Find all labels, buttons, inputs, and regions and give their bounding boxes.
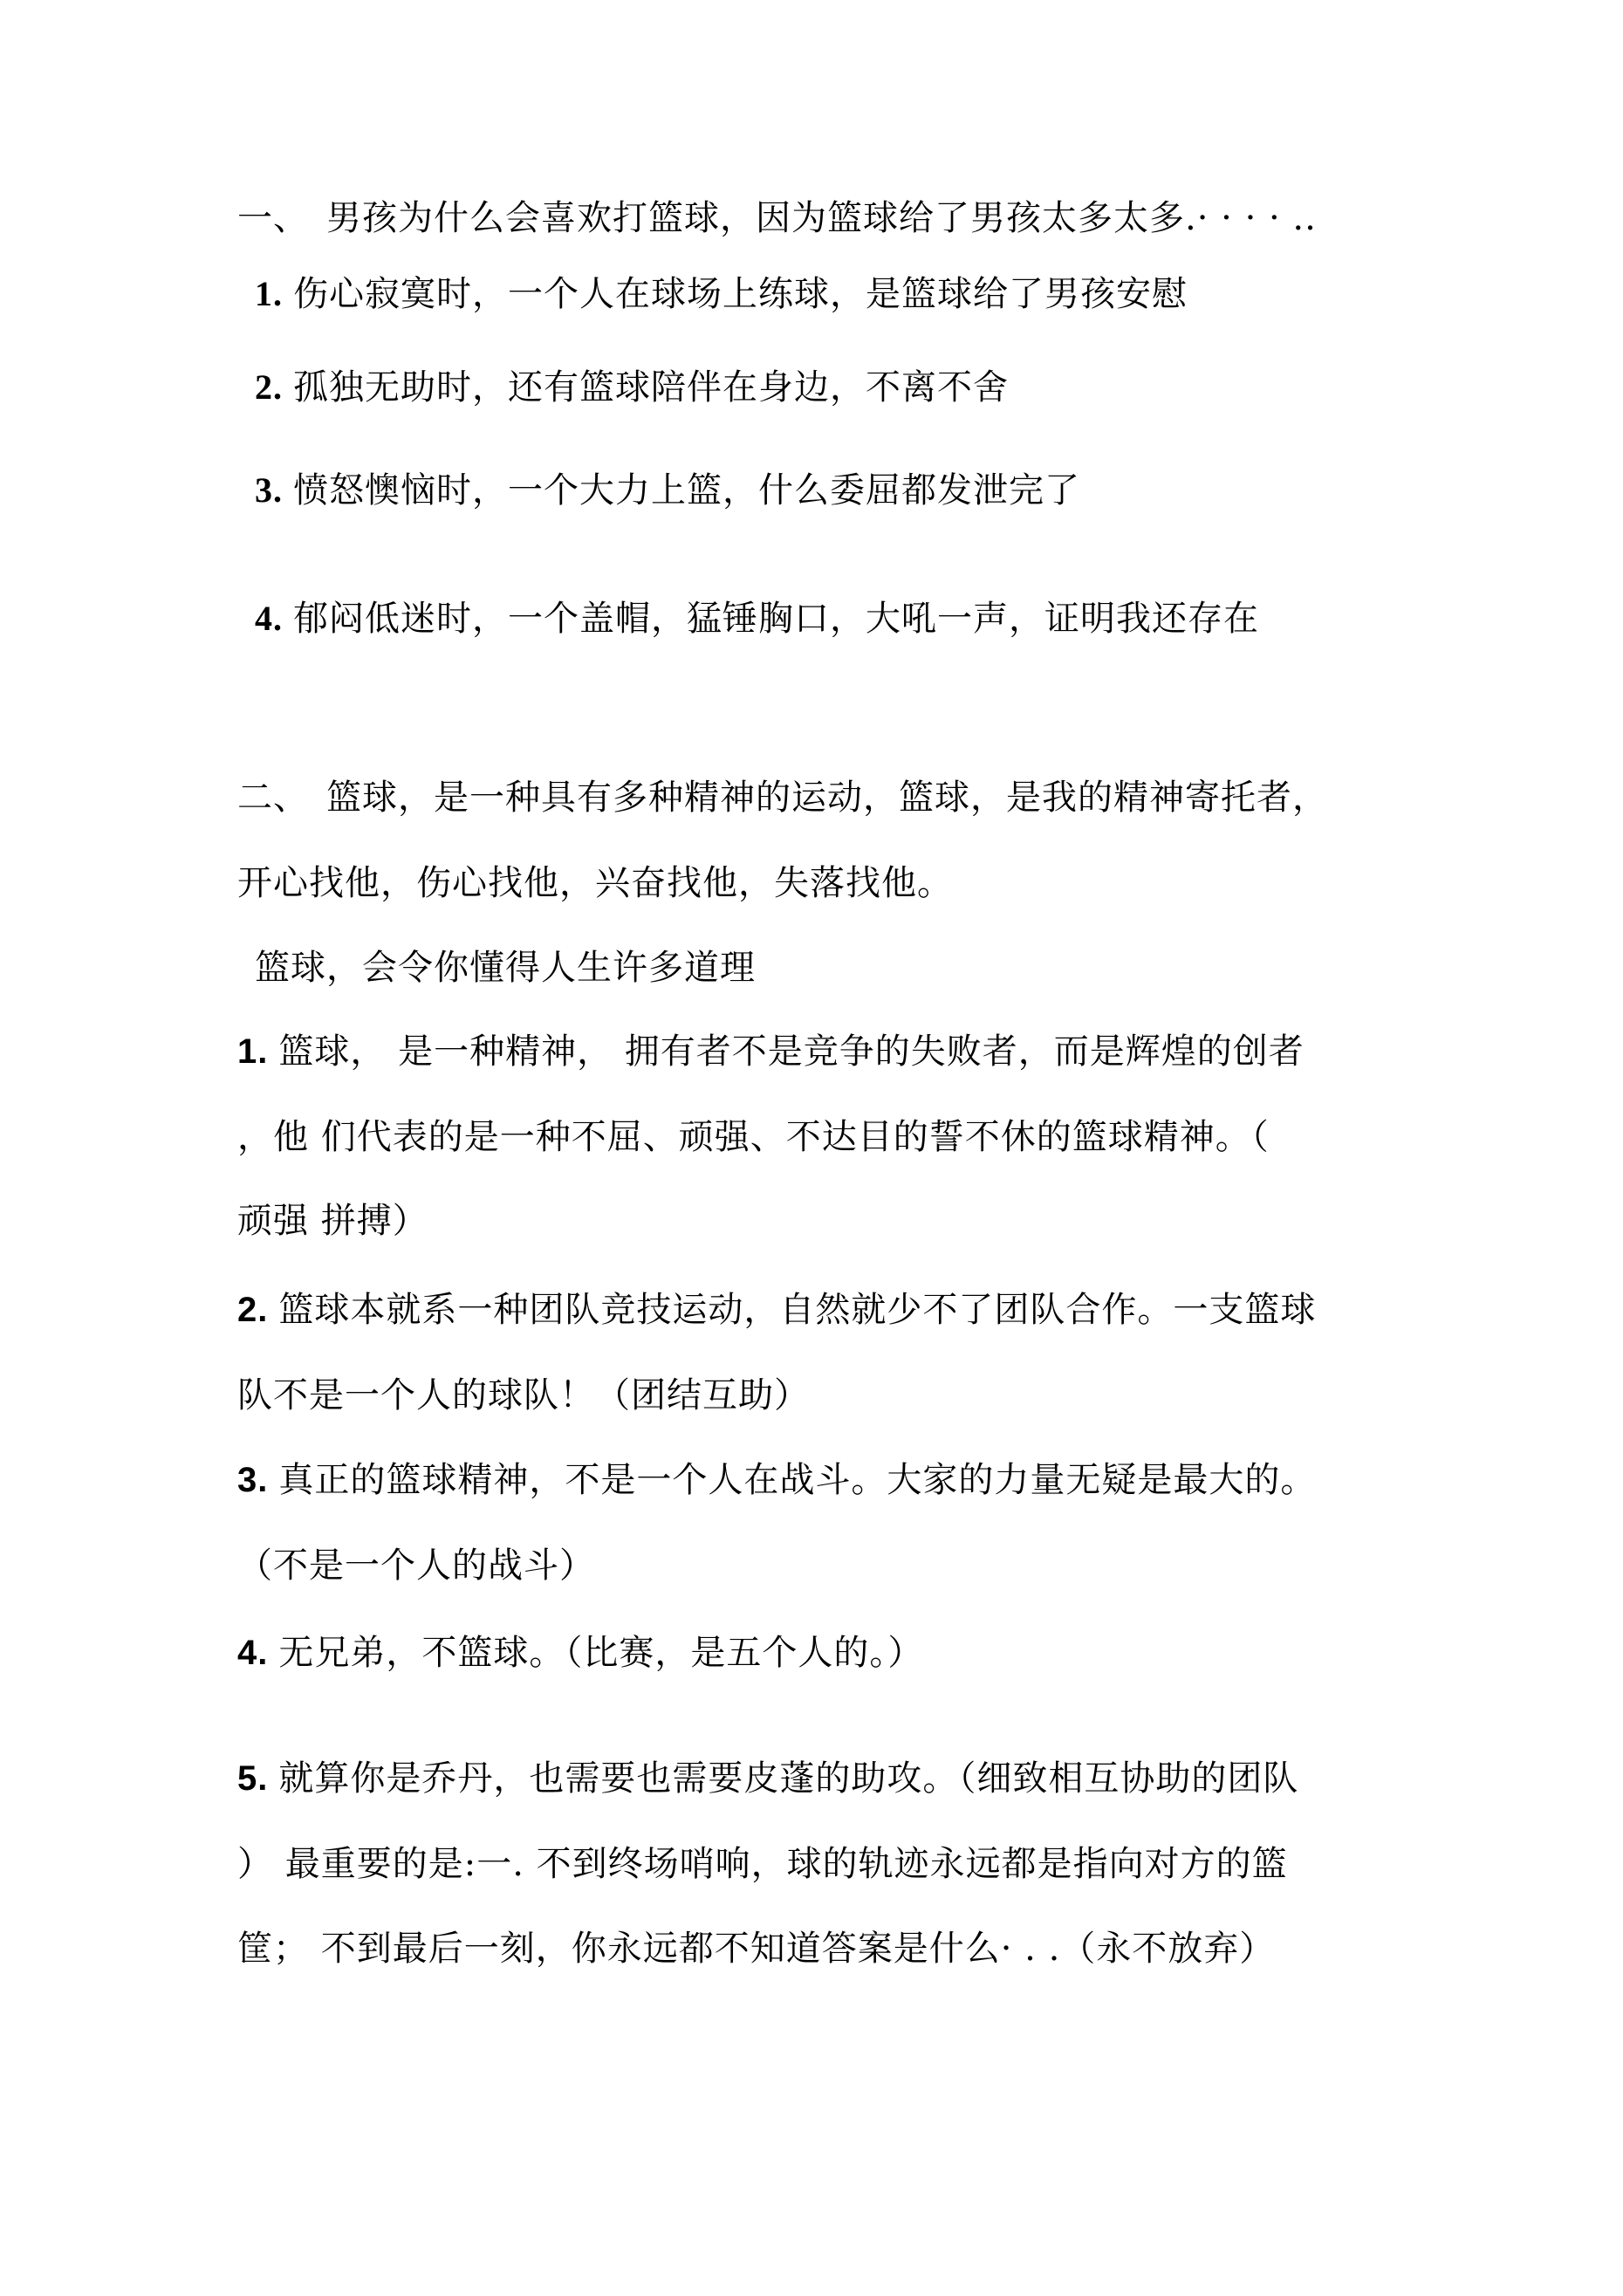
section-1-item-2: 2.孤独无助时，还有篮球陪伴在身边，不离不舍 — [255, 367, 1009, 408]
section-2-item-2-continued: 队不是一个人的球队！（团结互助） — [237, 1374, 810, 1416]
section-2-item-1: 1.篮球， 是一种精神， 拥有者不是竞争的失败者，而是辉煌的创者 — [237, 1031, 1305, 1073]
section-2-item-4: 4.无兄弟，不篮球。（比赛，是五个人的。） — [237, 1632, 923, 1674]
item-text-line: 篮球， 是一种精神， 拥有者不是竞争的失败者，而是辉煌的创者 — [278, 1031, 1304, 1072]
item-number: 1. — [237, 1032, 268, 1071]
section-2-item-5-continued: 筐； 不到最后一刻，你永远都不知道答案是什么· . .（永不放弃） — [237, 1928, 1275, 1970]
section-1-prefix: 一、 — [237, 198, 309, 238]
item-text-line: 筐； 不到最后一刻，你永远都不知道答案是什么· . .（永不放弃） — [237, 1929, 1275, 1969]
item-text-line: 真正的篮球精神，不是一个人在战斗。大家的力量无疑是最大的。 — [278, 1460, 1316, 1500]
section-2-subheading-text: 篮球，会令你懂得人生许多道理 — [255, 948, 756, 988]
item-number: 5. — [237, 1759, 268, 1798]
item-number: 2. — [237, 1291, 268, 1329]
section-2-item-3: 3.真正的篮球精神，不是一个人在战斗。大家的力量无疑是最大的。 — [237, 1459, 1316, 1501]
section-2-heading: 二、篮球，是一种具有多种精神的运动，篮球，是我的精神寄托者， — [237, 777, 1328, 819]
section-1-item-1: 1.伤心寂寞时，一个人在球场上练球，是篮球给了男孩安慰 — [255, 273, 1188, 315]
section-2-item-3-continued: （不是一个人的战斗） — [237, 1545, 595, 1587]
document-page: 一、男孩为什么会喜欢打篮球，因为篮球给了男孩太多太多.· · · · .. 1.… — [0, 0, 1623, 2296]
section-2-heading-continued: 开心找他，伤心找他，兴奋找他，失落找他。 — [237, 862, 953, 904]
section-1-item-4: 4.郁闷低迷时，一个盖帽，猛锤胸口，大吼一声，证明我还存在 — [255, 598, 1259, 640]
item-text-line: 顽强 拼搏） — [237, 1201, 428, 1241]
item-number: 4. — [255, 599, 283, 638]
section-2-heading-line-2: 开心找他，伤心找他，兴奋找他，失落找他。 — [237, 863, 953, 903]
section-2-subheading: 篮球，会令你懂得人生许多道理 — [255, 947, 756, 989]
item-number: 4. — [237, 1634, 268, 1672]
item-text: 孤独无助时，还有篮球陪伴在身边，不离不舍 — [293, 367, 1009, 408]
item-text-line: 无兄弟，不篮球。（比赛，是五个人的。） — [278, 1633, 923, 1673]
section-2-item-5-continued: ） 最重要的是:一. 不到终场哨响，球的轨迹永远都是指向对方的篮 — [237, 1843, 1288, 1885]
item-number: 3. — [237, 1461, 268, 1499]
section-1-item-3: 3.愤怒懊恼时，一个大力上篮，什么委屈都发泄完了 — [255, 469, 1080, 511]
section-2-item-5: 5.就算你是乔丹，也需要也需要皮蓬的助攻。（细致相互协助的团队 — [237, 1758, 1298, 1799]
item-number: 1. — [255, 274, 283, 313]
section-2-item-2: 2.篮球本就系一种团队竞技运动，自然就少不了团队合作。一支篮球 — [237, 1289, 1316, 1331]
item-text-line: 队不是一个人的球队！（团结互助） — [237, 1375, 810, 1415]
item-text-line: 篮球本就系一种团队竞技运动，自然就少不了团队合作。一支篮球 — [278, 1290, 1316, 1330]
item-text-line: ，他 们代表的是一种不屈、顽强、不达目的誓不休的篮球精神。（ — [237, 1117, 1270, 1157]
section-1-heading: 一、男孩为什么会喜欢打篮球，因为篮球给了男孩太多太多.· · · · .. — [237, 197, 1317, 239]
item-text-line: 就算你是乔丹，也需要也需要皮蓬的助攻。（细致相互协助的团队 — [278, 1758, 1298, 1799]
section-2-heading-line-1: 篮球，是一种具有多种精神的运动，篮球，是我的精神寄托者， — [326, 778, 1328, 818]
section-2-prefix: 二、 — [237, 778, 309, 818]
item-text-line: （不是一个人的战斗） — [237, 1546, 595, 1586]
item-text: 伤心寂寞时，一个人在球场上练球，是篮球给了男孩安慰 — [293, 274, 1188, 314]
section-2-item-1-continued: ，他 们代表的是一种不屈、顽强、不达目的誓不休的篮球精神。（ — [237, 1116, 1270, 1158]
item-text: 愤怒懊恼时，一个大力上篮，什么委屈都发泄完了 — [293, 470, 1080, 511]
item-text: 郁闷低迷时，一个盖帽，猛锤胸口，大吼一声，证明我还存在 — [293, 599, 1259, 639]
item-number: 2. — [255, 367, 283, 407]
item-text-line: ） 最重要的是:一. 不到终场哨响，球的轨迹永远都是指向对方的篮 — [237, 1844, 1288, 1884]
section-1-heading-text: 男孩为什么会喜欢打篮球，因为篮球给了男孩太多太多.· · · · .. — [326, 198, 1317, 238]
section-2-item-1-continued: 顽强 拼搏） — [237, 1200, 428, 1242]
item-number: 3. — [255, 470, 283, 510]
